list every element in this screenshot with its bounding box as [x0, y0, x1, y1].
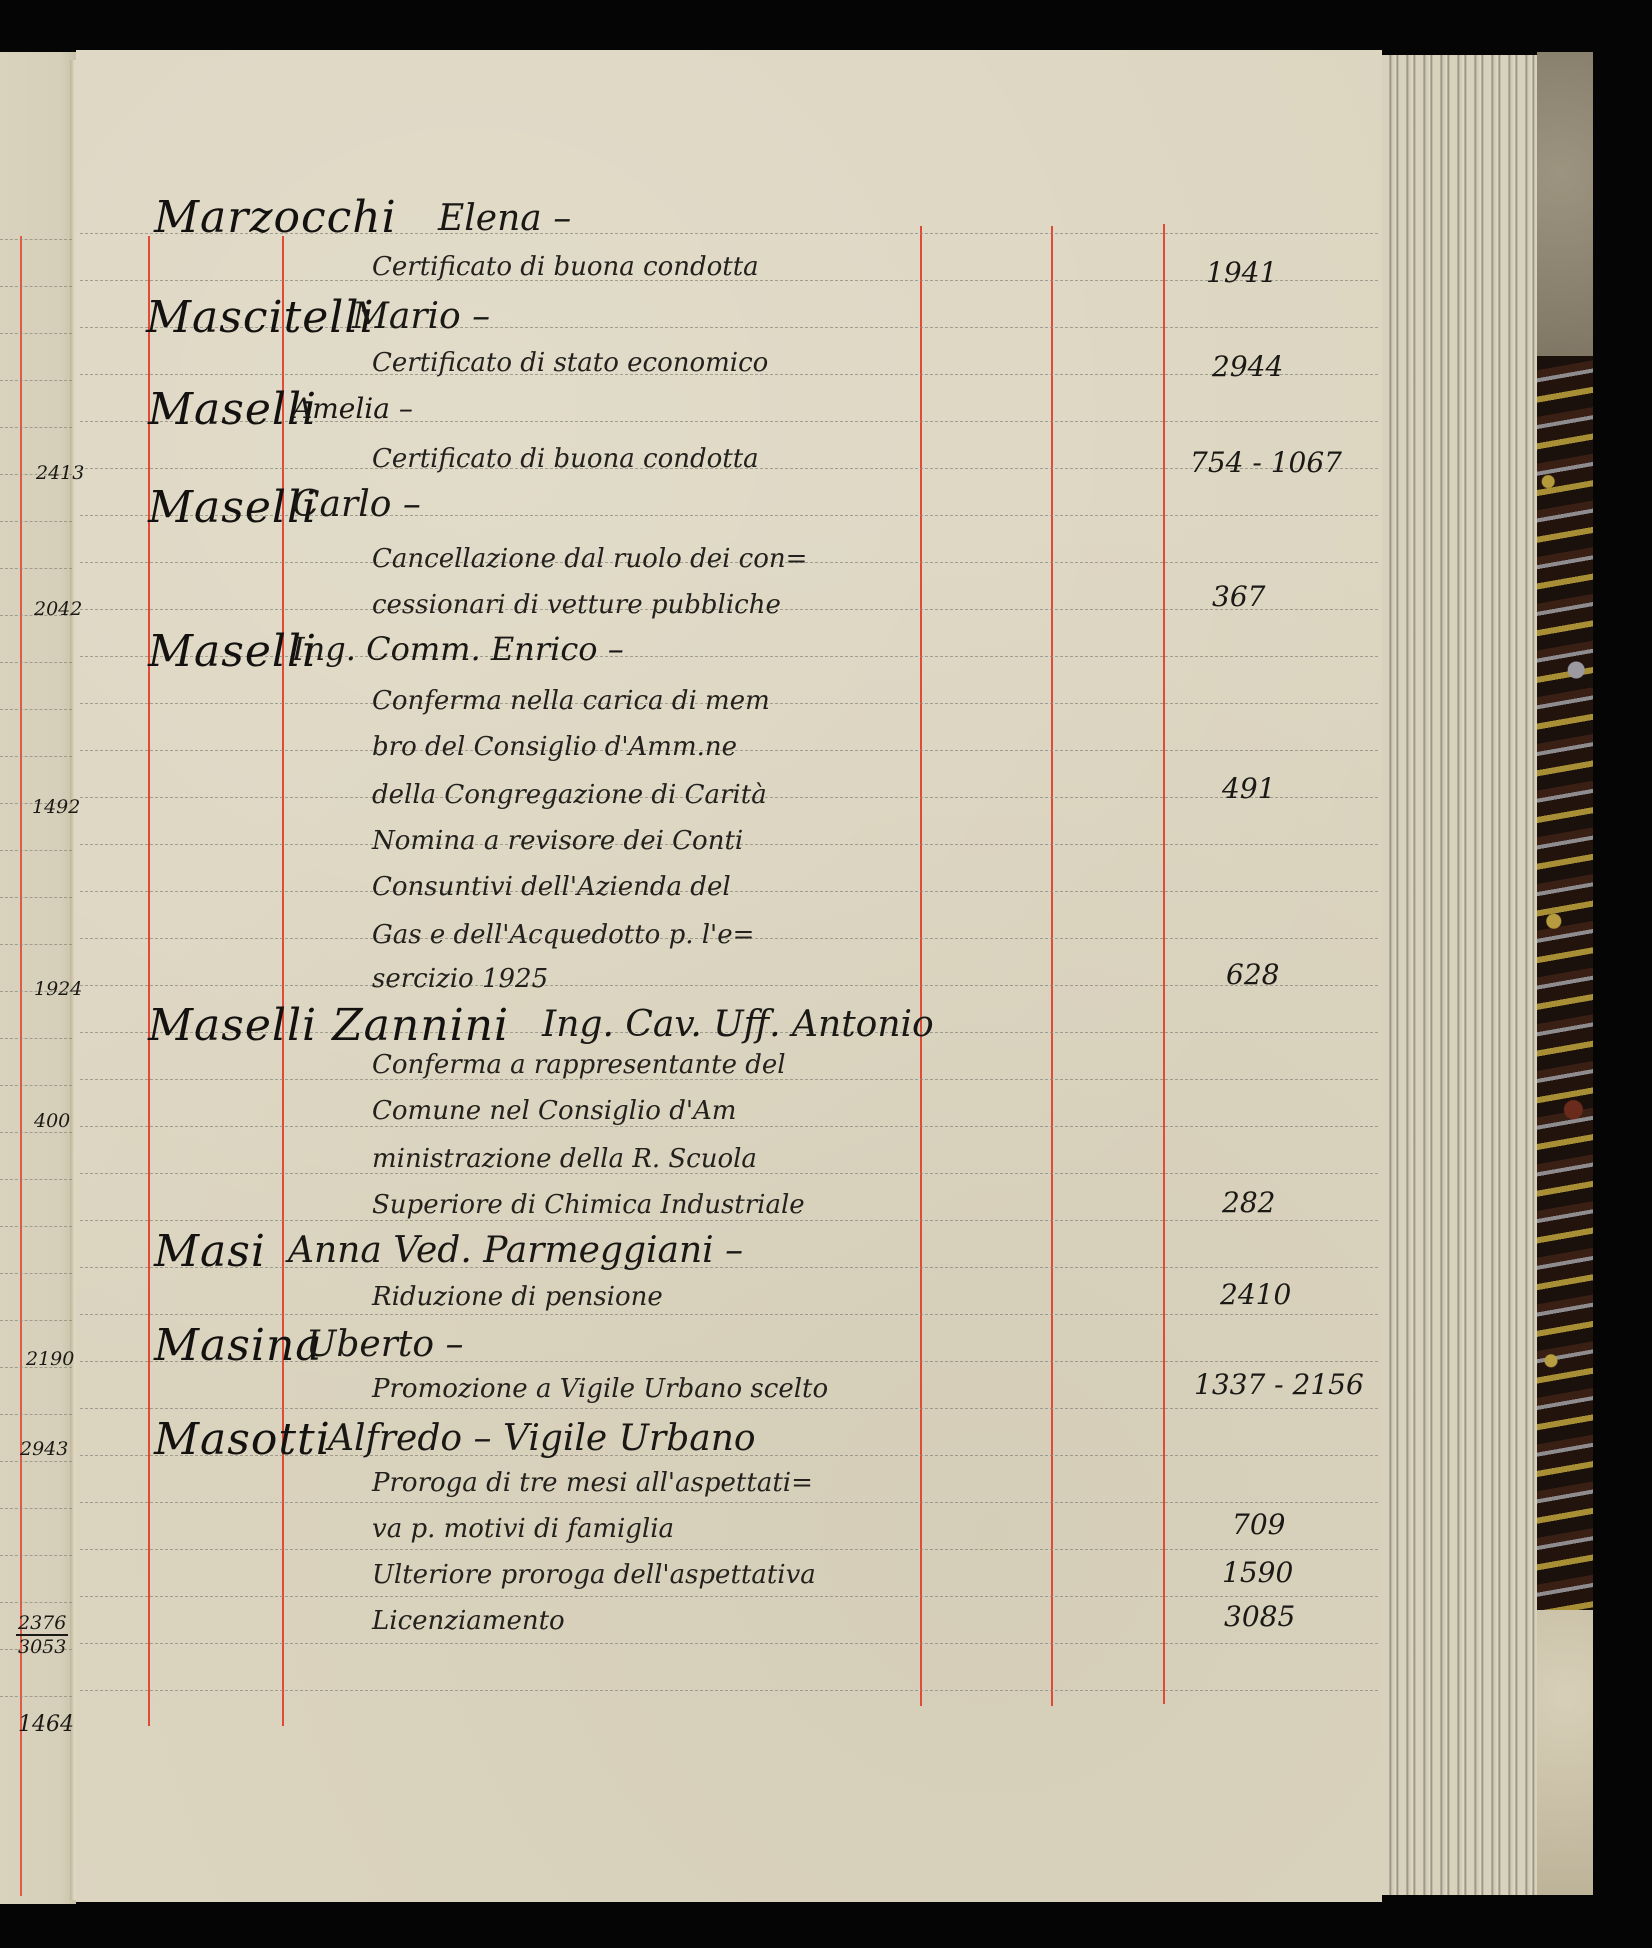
left-page-ruled-line: [0, 897, 72, 898]
left-page-ruled-line: [0, 1085, 72, 1086]
ruled-line: [80, 1126, 1378, 1127]
left-margin-number: 1924: [34, 978, 82, 1000]
entry-reference: 491: [1222, 772, 1275, 805]
entry-surname: Masina: [154, 1320, 323, 1371]
entry-description: Comune nel Consiglio d'Am: [372, 1096, 736, 1126]
entry-surname: Masotti: [154, 1414, 331, 1465]
left-page-ruled-line: [0, 1038, 72, 1039]
entry-description: Certificato di buona condotta: [372, 252, 759, 282]
left-page-ruled-line: [0, 427, 72, 428]
entry-given-name: Mario –: [352, 296, 490, 337]
entry-reference: 1590: [1222, 1556, 1293, 1589]
page-edges-stack: [1382, 55, 1537, 1895]
entry-reference: 367: [1212, 580, 1265, 613]
entry-description: Promozione a Vigile Urbano scelto: [372, 1374, 828, 1404]
ruled-line: [80, 1596, 1378, 1597]
leather-cover-corner-bottom: [1537, 1610, 1593, 1895]
fraction-denominator: 3053: [16, 1636, 68, 1658]
left-margin-number: 2042: [34, 598, 82, 620]
left-page-ruled-line: [0, 1414, 72, 1415]
ruled-line: [80, 1314, 1378, 1315]
entry-reference: 628: [1226, 958, 1279, 991]
entry-given-name: Carlo –: [292, 484, 421, 525]
left-margin-number: 2943: [20, 1438, 68, 1460]
entry-description: Certificato di buona condotta: [372, 444, 759, 474]
entry-description: Licenziamento: [372, 1606, 565, 1636]
entry-surname: Marzocchi: [154, 192, 397, 243]
left-page-ruled-line: [0, 568, 72, 569]
entry-given-name: Anna Ved. Parmeggiani –: [288, 1230, 743, 1271]
marbled-cover-paper: [1537, 356, 1593, 1612]
entry-description: Gas e dell'Acquedotto p. l'e=: [372, 920, 754, 950]
left-page-ruled-line: [0, 380, 72, 381]
entry-given-name: Uberto –: [306, 1324, 463, 1365]
entry-description: della Congregazione di Carità: [372, 780, 767, 810]
left-margin-number: 2413: [36, 462, 84, 484]
left-margin-fraction: 2376 3053: [16, 1612, 68, 1658]
entry-description: sercizio 1925: [372, 964, 548, 994]
left-page-ruled-line: [0, 850, 72, 851]
left-margin-number: 400: [34, 1110, 70, 1132]
left-margin-number: 1492: [32, 796, 80, 818]
entry-given-name: Amelia –: [292, 392, 413, 425]
entry-reference: 2410: [1220, 1278, 1291, 1311]
entry-reference: 709: [1232, 1508, 1285, 1541]
left-page-ruled-line: [0, 1508, 72, 1509]
entry-description: va p. motivi di famiglia: [372, 1514, 674, 1544]
left-page-ruled-line: [0, 756, 72, 757]
entry-reference: 754 - 1067: [1190, 446, 1342, 479]
entry-description: Proroga di tre mesi all'aspettati=: [372, 1468, 813, 1498]
left-page-ruled-line: [0, 1602, 72, 1603]
entry-reference: 1941: [1206, 256, 1277, 289]
ruled-line: [80, 1502, 1378, 1503]
left-page-ruled-line: [0, 662, 72, 663]
entry-given-name: Elena –: [438, 198, 571, 239]
left-page-ruled-line: [0, 1461, 72, 1462]
entry-reference: 3085: [1224, 1600, 1295, 1633]
entry-reference: 1337 - 2156: [1194, 1368, 1364, 1401]
left-page-ruled-line: [0, 239, 72, 240]
entry-description: Riduzione di pensione: [372, 1282, 663, 1312]
entry-description: Superiore di Chimica Industriale: [372, 1190, 805, 1220]
leather-cover-corner-top: [1537, 52, 1593, 358]
left-page-ruled-line: [0, 333, 72, 334]
left-page-ruled-line: [0, 521, 72, 522]
left-page-ruled-line: [0, 1132, 72, 1133]
entry-description: Certificato di stato economico: [372, 348, 768, 378]
entry-surname: Masi: [154, 1226, 266, 1277]
entry-description: ministrazione della R. Scuola: [372, 1144, 757, 1174]
entry-description: Conferma nella carica di mem: [372, 686, 770, 716]
left-page-ruled-line: [0, 1696, 72, 1697]
ruled-line: [80, 1549, 1378, 1550]
ruled-line: [80, 1643, 1378, 1644]
entry-description: Conferma a rappresentante del: [372, 1050, 786, 1080]
left-page-ruled-line: [0, 286, 72, 287]
fraction-numerator: 2376: [16, 1612, 68, 1636]
left-page-ruled-line: [0, 1273, 72, 1274]
entry-given-name: Ing. Comm. Enrico –: [292, 630, 624, 668]
ruled-line: [80, 1220, 1378, 1221]
entry-given-name: Alfredo – Vigile Urbano: [328, 1418, 756, 1459]
entry-description: Consuntivi dell'Azienda del: [372, 872, 731, 902]
entry-description: Nomina a revisore dei Conti: [372, 826, 743, 856]
ruled-line: [80, 1690, 1378, 1691]
entry-description: bro del Consiglio d'Amm.ne: [372, 732, 737, 762]
entry-surname: Mascitelli: [146, 292, 375, 343]
left-page-ruled-line: [0, 1226, 72, 1227]
red-rule-col-3: [920, 226, 922, 1706]
left-margin-number: 1464: [18, 1712, 74, 1737]
ruled-line: [80, 1408, 1378, 1409]
entry-description: cessionari di vetture pubbliche: [372, 590, 781, 620]
ruled-line: [80, 985, 1378, 986]
left-page-ruled-line: [0, 944, 72, 945]
entry-description: Cancellazione dal ruolo dei con=: [372, 544, 807, 574]
entry-reference: 282: [1222, 1186, 1275, 1219]
entry-description: Ulteriore proroga dell'aspettativa: [372, 1560, 816, 1590]
entry-surname: Maselli Zannini: [148, 1000, 509, 1051]
left-page-ruled-line: [0, 1320, 72, 1321]
left-page-ruled-line: [0, 1555, 72, 1556]
red-rule-col-5: [1163, 224, 1165, 1704]
red-rule-col-4: [1051, 226, 1053, 1706]
entry-given-name: Ing. Cav. Uff. Antonio: [542, 1004, 934, 1045]
entry-reference: 2944: [1212, 350, 1283, 383]
left-page-ruled-line: [0, 709, 72, 710]
left-margin-number: 2190: [26, 1348, 74, 1370]
left-page-ruled-line: [0, 1179, 72, 1180]
